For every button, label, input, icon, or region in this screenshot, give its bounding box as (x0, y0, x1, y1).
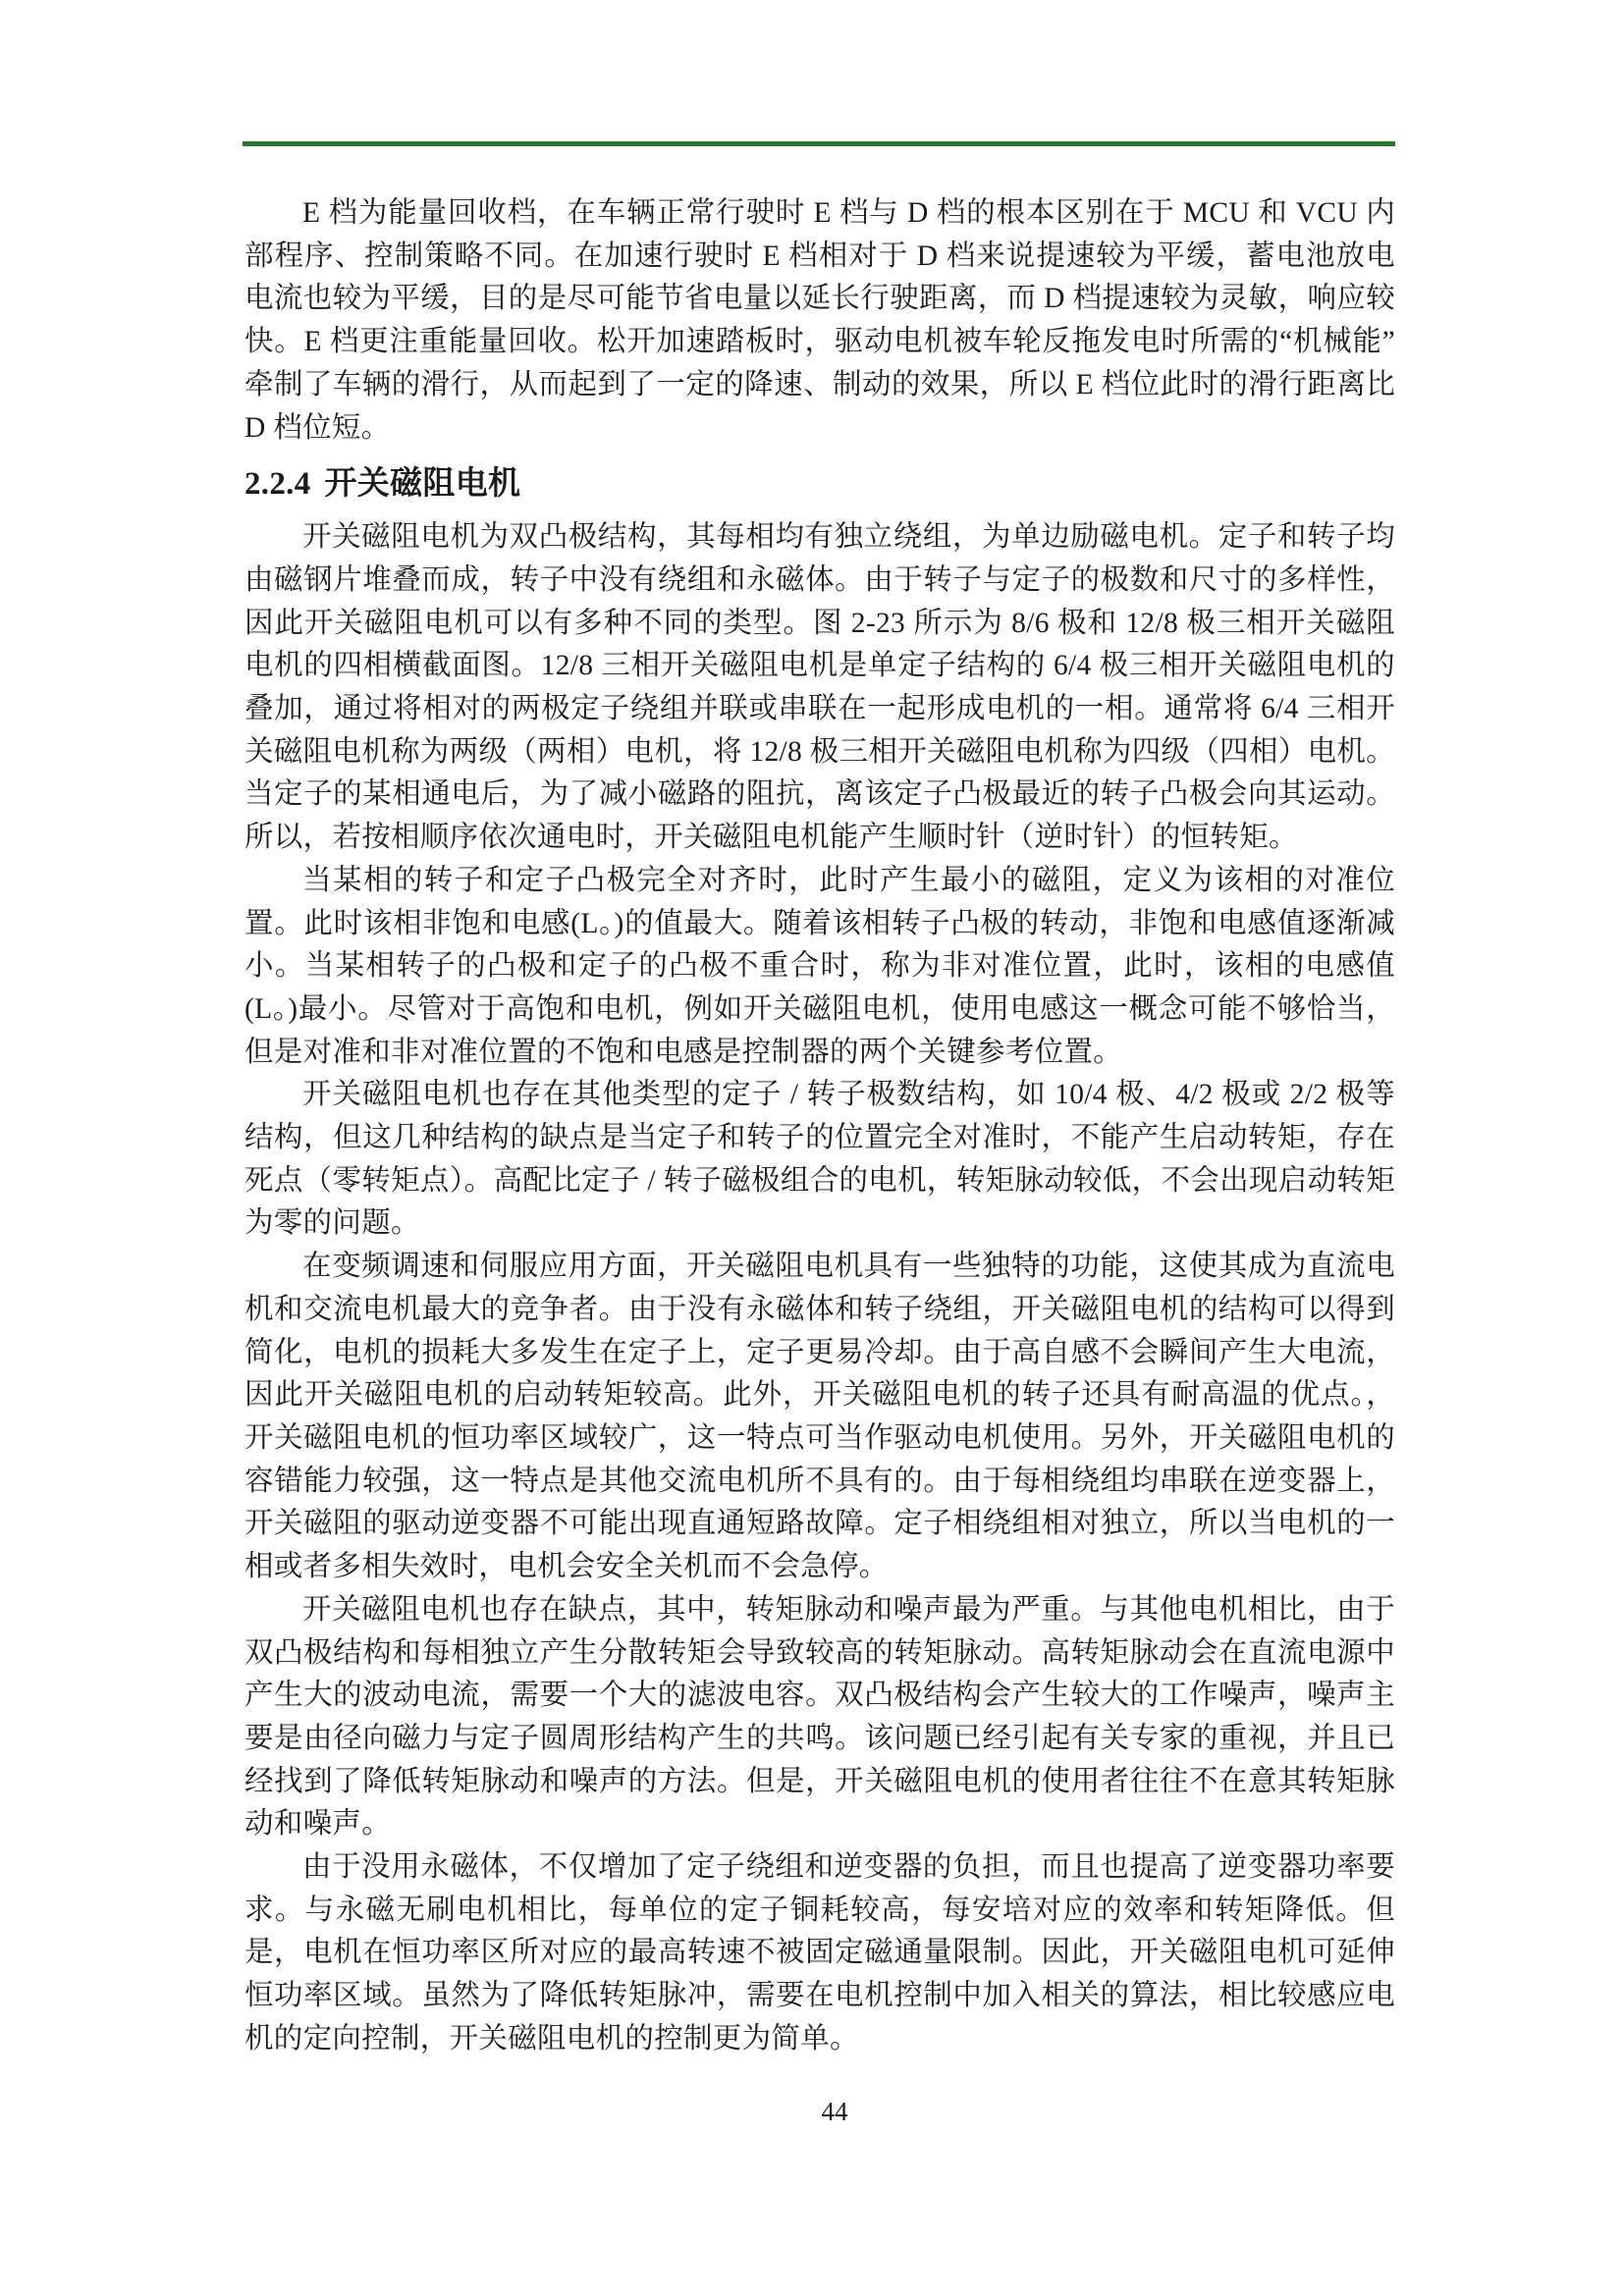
paragraph-drawbacks-noise: 开关磁阻电机也存在缺点，其中，转矩脉动和噪声最为严重。与其他电机相比，由于双凸极… (244, 1589, 1395, 1846)
section-heading: 2.2.4开关磁阻电机 (244, 462, 1395, 507)
document-page: E 档为能量回收档，在车辆正常行驶时 E 档与 D 档的根本区别在于 MCU 和… (0, 0, 1624, 2296)
paragraph-e-gear: E 档为能量回收档，在车辆正常行驶时 E 档与 D 档的根本区别在于 MCU 和… (244, 192, 1395, 450)
paragraph-inductance-positions: 当某相的转子和定子凸极完全对齐时，此时产生最小的磁阻，定义为该相的对准位置。此时… (244, 860, 1395, 1075)
section-number: 2.2.4 (244, 466, 311, 502)
page-number: 44 (0, 2097, 1624, 2127)
paragraph-no-magnet-tradeoffs: 由于没用永磁体，不仅增加了定子绕组和逆变器的负担，而且也提高了逆变器功率要求。与… (244, 1846, 1395, 2061)
paragraph-srm-structure: 开关磁阻电机为双凸极结构，其每相均有独立绕组，为单边励磁电机。定子和转子均由磁钢… (244, 516, 1395, 860)
page-content: E 档为能量回收档，在车辆正常行驶时 E 档与 D 档的根本区别在于 MCU 和… (244, 192, 1395, 2061)
section-title: 开关磁阻电机 (325, 466, 521, 502)
paragraph-advantages: 在变频调速和伺服应用方面，开关磁阻电机具有一些独特的功能，这使其成为直流电机和交… (244, 1246, 1395, 1589)
paragraph-pole-configurations: 开关磁阻电机也存在其他类型的定子 / 转子极数结构，如 10/4 极、4/2 极… (244, 1074, 1395, 1246)
header-divider-rule (243, 141, 1395, 146)
